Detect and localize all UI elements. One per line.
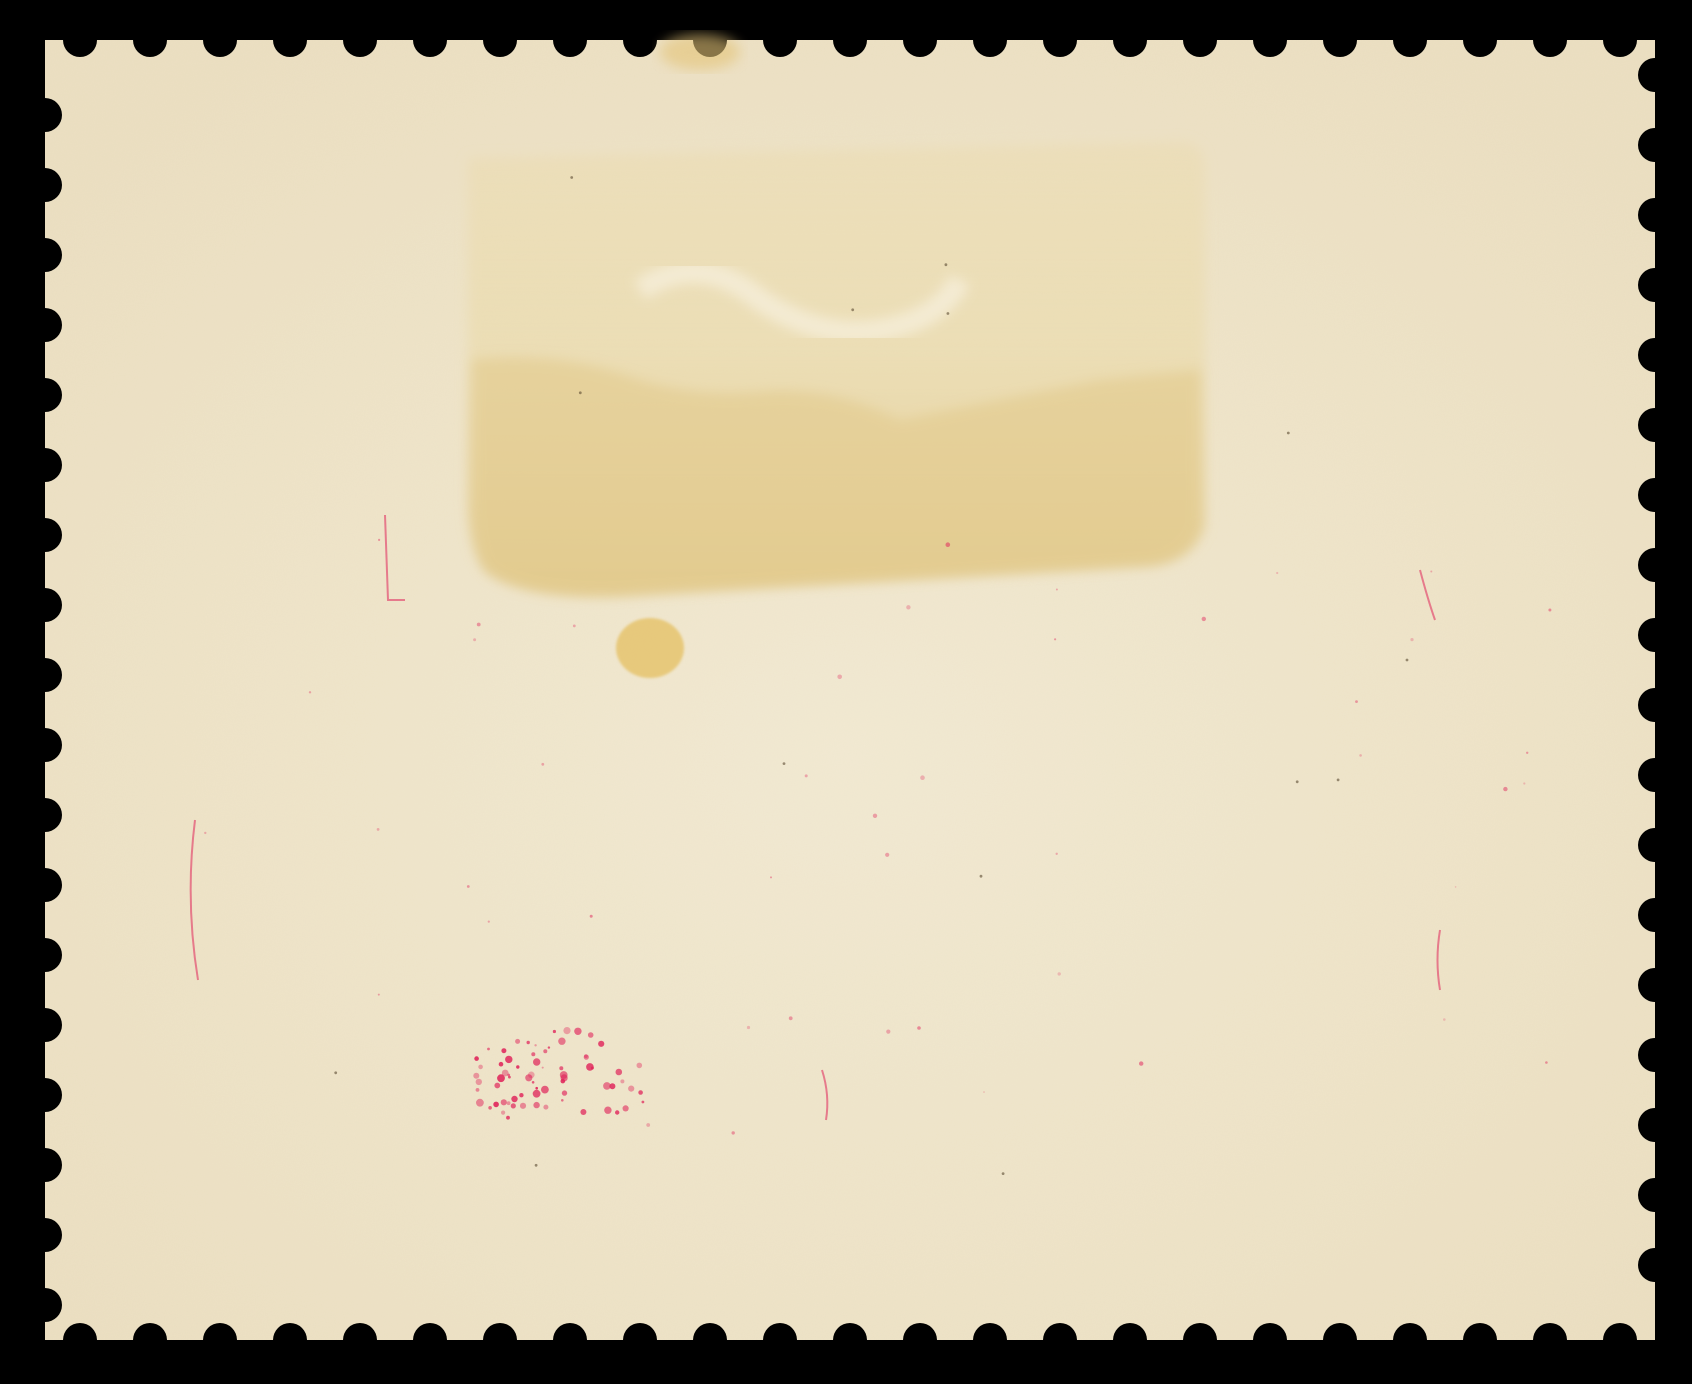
hinge-remnant xyxy=(468,142,1205,595)
gum-stain xyxy=(616,618,684,678)
stamp-back-photo xyxy=(0,0,1692,1384)
edge-toning xyxy=(660,34,740,70)
